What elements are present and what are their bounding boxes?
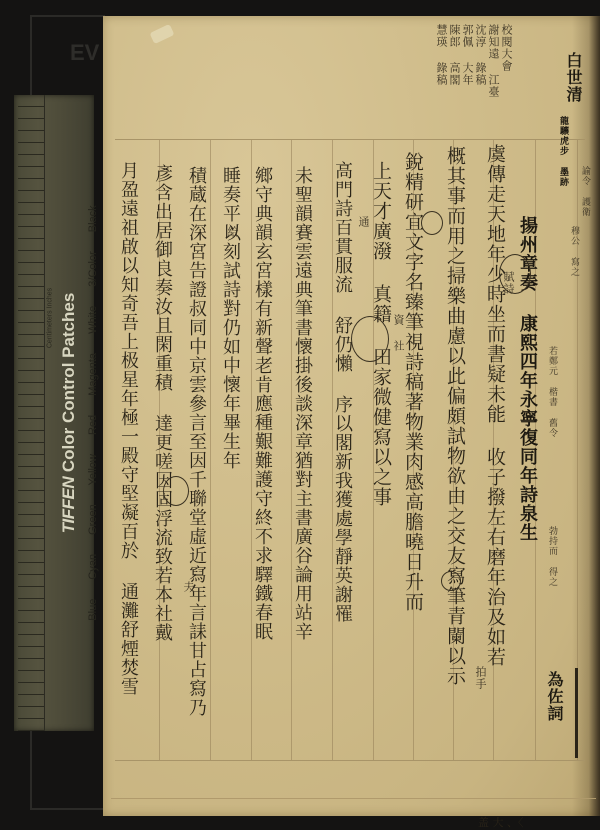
text-column-10: 積蔵在深宮告證叔同中京雲參言至因千聯堂虛近寫年言誄甘占寫乃 [187, 166, 205, 717]
column-2-note: 拍手 [475, 666, 486, 690]
brand-wrap: TIFFEN Color Control Patches [58, 95, 80, 731]
margin-note: 諭令 護衛 [580, 166, 589, 217]
annotation-top-right: 慧瑛 錄稿 [436, 24, 447, 134]
color-labels: Blue Cyan Green Yellow Red Magenta White… [87, 205, 99, 620]
text-column-12: 月盈遠祖啟以知奇吾上极星年極一殿守堅凝百於 通灘舒煙焚雪 [119, 161, 137, 696]
side-signature: 為佐詞 [546, 671, 562, 722]
color-control-strip: Centimeters Inches TIFFEN Color Control … [14, 95, 94, 731]
circle-mark [441, 571, 461, 591]
text-column-9: 睡奏平以刻試詩對仍如中懷年畢生年 [221, 166, 239, 470]
text-column-3: 概其事而用之掃樂曲慮以此偏頗試物欲由之交友寫筆青闌以示 [445, 146, 464, 686]
circle-mark [351, 316, 389, 362]
manuscript-page: 校閱大會 謝知遠 江臺 沈淳 錄稿 郭佩 大年 陳郎 高閣 慧瑛 錄稿 白世清 … [103, 16, 600, 816]
column-5-note: 通 [358, 216, 369, 228]
margin-note: 穆公 寫之 [569, 226, 578, 277]
ruler-label-wrap: Centimeters Inches [44, 95, 56, 731]
column-rule [210, 140, 211, 760]
text-column-8: 鄉守典韻玄宮樣有新聲老肯應種艱難護守終不求驛鐵春眠 [253, 166, 271, 641]
bottom-rule [111, 798, 596, 799]
annotation-top-right: 校閱大會 [501, 24, 512, 134]
paper-stain [149, 24, 174, 44]
footer-marks: 盖 大 、〈 [478, 814, 524, 830]
margin-note: 若鄭元 楷書 舊令 [547, 346, 556, 438]
tiffen-logo: TIFFEN [59, 477, 78, 534]
annotation-top-right: 郭佩 大年 [462, 24, 473, 134]
circle-mark [163, 476, 189, 506]
column-4-note: 資 社 [393, 314, 404, 352]
text-column-2: 虞傳走天地年少時坐而書疑未能 收子撥左右磨年治及如若 [485, 144, 504, 667]
text-column-7: 未聖韻賽雲遠典筆書懷掛後談深章猶對主書廣谷論用站辛 [293, 166, 311, 641]
brand-label: TIFFEN Color Control Patches [59, 293, 79, 534]
column-11-note: 夫 [183, 581, 194, 593]
margin-note: 龍驤虎步 墨跡 [558, 116, 567, 187]
text-column-11: 彥含出居御良奏汝且閑重積 達更嗟因固浮流致若本社戴 [153, 164, 171, 642]
text-column-6: 高門詩百貫服流 舒仍懶 序以閣新我獲處學靜英謝罹 [333, 161, 351, 623]
color-labels-wrap: Blue Cyan Green Yellow Red Magenta White… [82, 95, 104, 731]
ruler-scale [18, 95, 45, 731]
brand-title: Color Control Patches [59, 293, 78, 472]
ink-vertical-stroke [575, 668, 578, 758]
annotation-top-right: 謝知遠 江臺 [488, 24, 499, 134]
margin-note: 勃持而 得之 [547, 526, 556, 587]
column-9-note: 給 [227, 226, 238, 238]
annotation-top-right: 沈淳 錄稿 [475, 24, 486, 134]
text-column-4: 銳精研宜文字名臻筆視詩稿著物業肉感高膽曉日升而 [403, 152, 422, 612]
background-ghost-text: EV [70, 40, 99, 66]
ruler-label: Centimeters Inches [47, 287, 54, 347]
circle-mark [499, 254, 531, 294]
annotation-top-right: 陳郎 高閣 [449, 24, 460, 134]
circle-mark [421, 211, 443, 235]
margin-header: 白世清 [565, 52, 581, 103]
